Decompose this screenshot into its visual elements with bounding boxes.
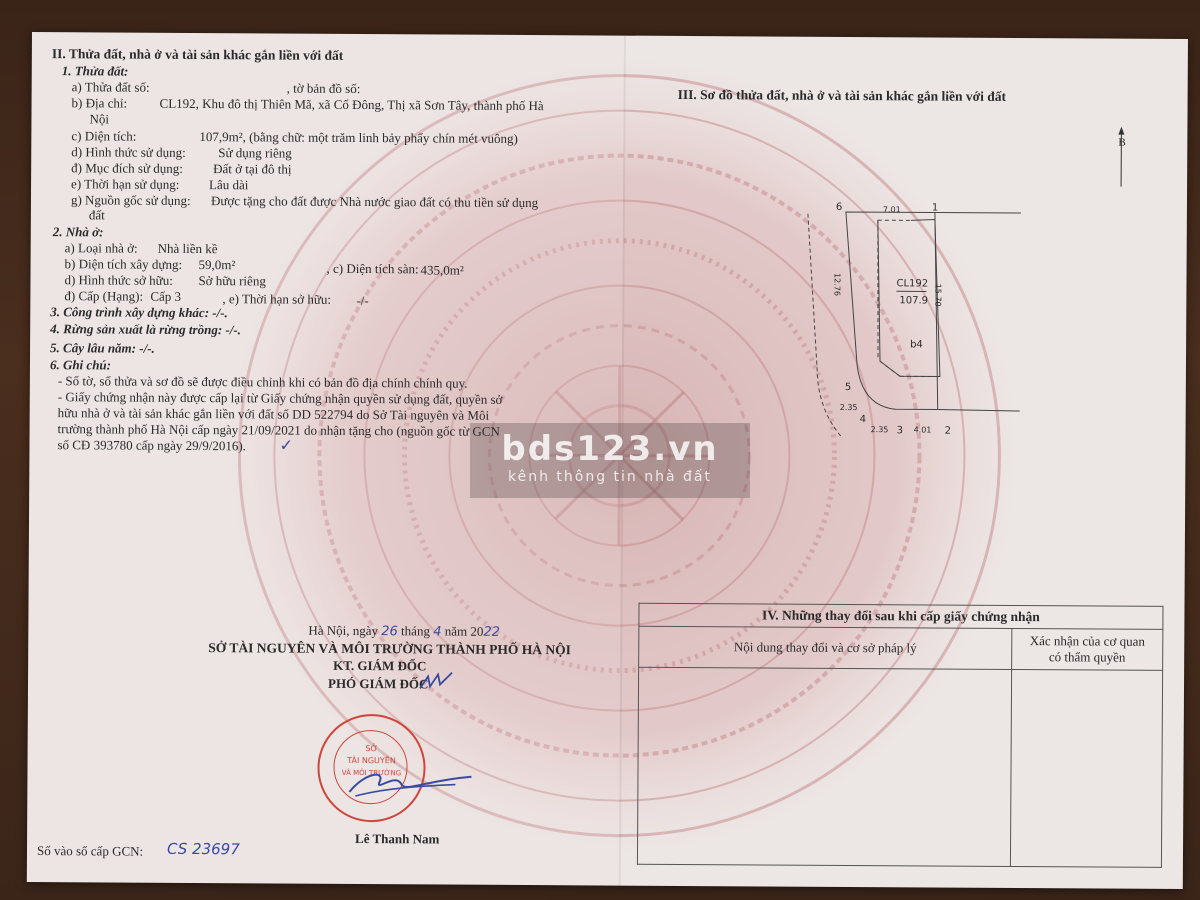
north-label: B — [1118, 136, 1125, 151]
changes-title: IV. Những thay đổi sau khi cấp giấy chứn… — [639, 603, 1163, 629]
on-behalf: KT. GIÁM ĐỐC — [333, 658, 426, 674]
watermark: bds123.vn kênh thông tin nhà đất — [470, 423, 750, 498]
grade-label: đ) Cấp (Hạng): — [64, 288, 143, 304]
point-3: 3 — [897, 423, 903, 438]
edge-1-2: 15.70 — [930, 284, 945, 307]
edge-6-1: 7.01 — [883, 202, 901, 217]
land-number-label: a) Thửa đất số: — [72, 79, 150, 95]
check-mark: ✓ — [279, 438, 292, 453]
origin-value-cont: đất — [89, 207, 105, 222]
watermark-tagline: kênh thông tin nhà đất — [470, 469, 750, 485]
plot-block: b4 — [910, 337, 923, 352]
section-iii-title: III. Sơ đồ thửa đất, nhà ở và tài sản kh… — [678, 87, 1006, 104]
use-form-label: d) Hình thức sử dụng: — [71, 144, 186, 160]
col-change-content: Nội dung thay đổi và cơ sở pháp lý — [639, 626, 1012, 669]
use-term-value: Lâu dài — [209, 177, 248, 192]
point-4: 4 — [860, 412, 866, 427]
use-purpose-value: Đất ở tại đô thị — [213, 161, 291, 177]
authority-cell — [1010, 669, 1162, 867]
house-heading: 2. Nhà ở: — [53, 224, 104, 240]
origin-label: g) Nguồn gốc sử dụng: — [71, 192, 191, 208]
grade-value: Cấp 3 — [150, 289, 181, 304]
col-authority-confirm: Xác nhận của cơ quan có thẩm quyền — [1012, 628, 1163, 670]
point-1: 1 — [932, 201, 938, 216]
floor-area-label: , c) Diện tích sàn: — [327, 261, 419, 277]
signature — [345, 762, 475, 803]
production-forest: 4. Rừng sản xuất là rừng trồng: -/-. — [50, 321, 241, 337]
point-5: 5 — [845, 380, 851, 395]
notes-heading: 6. Ghi chú: — [50, 357, 111, 373]
watermark-brand: bds123.vn — [470, 429, 750, 469]
registry-number: CS 23697 — [167, 842, 240, 858]
area-value: 107,9m², (bằng chữ: một trăm linh bảy ph… — [199, 129, 518, 146]
issuing-org: SỞ TÀI NGUYÊN VÀ MÔI TRƯỜNG THÀNH PHỐ HÀ… — [208, 640, 571, 657]
land-heading: 1. Thửa đất: — [62, 63, 129, 79]
date-month: 4 — [433, 624, 441, 639]
floor-area-value: 435,0m² — [421, 262, 464, 277]
place-date-prefix: Hà Nội, ngày — [308, 623, 378, 638]
year-label: năm 20 — [445, 624, 484, 639]
change-content-cell — [637, 667, 1011, 866]
note-line-5: số CĐ 393780 cấp ngày 29/9/2016). — [57, 437, 246, 453]
use-form-value: Sử dụng riêng — [218, 145, 292, 161]
house-type-label: a) Loại nhà ở: — [65, 240, 138, 256]
note-line-1: - Số tờ, số thửa và sơ đồ sẽ được điều c… — [58, 373, 468, 391]
month-label: tháng — [401, 623, 430, 638]
point-6: 6 — [836, 200, 842, 215]
address-value-cont: Nội — [89, 111, 109, 126]
registry-label: Số vào sổ cấp GCN: — [37, 843, 143, 859]
edge-4-5: 2.35 — [840, 400, 858, 415]
changes-table: IV. Những thay đổi sau khi cấp giấy chứn… — [637, 603, 1164, 868]
date-year: 22 — [483, 625, 500, 640]
edge-5-6: 12.76 — [829, 273, 844, 296]
place-date: Hà Nội, ngày 26 tháng 4 năm 2022 — [308, 623, 500, 640]
note-line-3: hữu nhà ở và tài sản khác gắn liền với đ… — [58, 405, 490, 423]
seal-text-1: SỞ — [320, 744, 424, 755]
use-term-label: e) Thời hạn sử dụng: — [71, 176, 179, 192]
date-day: 26 — [381, 624, 398, 639]
build-area-label: b) Diện tích xây dựng: — [65, 256, 183, 272]
plot-area: 107.9 — [899, 293, 928, 308]
section-ii-title: II. Thửa đất, nhà ở và tài sản khác gắn … — [52, 46, 343, 63]
signer-name: Lê Thanh Nam — [355, 831, 439, 847]
use-purpose-label: đ) Mục đích sử dụng: — [71, 160, 183, 176]
initials-signature — [418, 670, 454, 692]
origin-value: Được tặng cho đất được Nhà nước giao đất… — [211, 193, 538, 210]
ownership-value: Sở hữu riêng — [198, 273, 265, 289]
ownership-term-value: -/- — [356, 293, 368, 308]
col-authority-line-1: Xác nhận của cơ quan — [1012, 633, 1162, 650]
build-area-value: 59,0m² — [199, 257, 236, 272]
col-authority-line-2: có thẩm quyền — [1012, 649, 1162, 666]
point-2: 2 — [945, 424, 951, 439]
signer-position: PHÓ GIÁM ĐỐC — [328, 676, 428, 692]
map-sheet-label: , tờ bản đồ số: — [287, 81, 361, 97]
edge-3-4: 2.35 — [871, 422, 889, 437]
address-label: b) Địa chỉ: — [72, 95, 128, 111]
address-value: CL192, Khu đô thị Thiên Mã, xã Cổ Đông, … — [160, 96, 544, 114]
edge-2-3: 4.01 — [914, 422, 932, 437]
house-type-value: Nhà liền kề — [158, 241, 218, 257]
other-works: 3. Công trình xây dựng khác: -/-. — [50, 304, 228, 320]
plot-id: CL192 — [896, 276, 928, 291]
ownership-label: d) Hình thức sở hữu: — [64, 272, 172, 288]
area-label: c) Diện tích: — [71, 128, 136, 144]
perennial-trees: 5. Cây lâu năm: -/-. — [50, 340, 155, 356]
note-line-2: - Giấy chứng nhận này được cấp lại từ Gi… — [58, 389, 503, 407]
ownership-term-label: , e) Thời hạn sở hữu: — [222, 291, 331, 307]
